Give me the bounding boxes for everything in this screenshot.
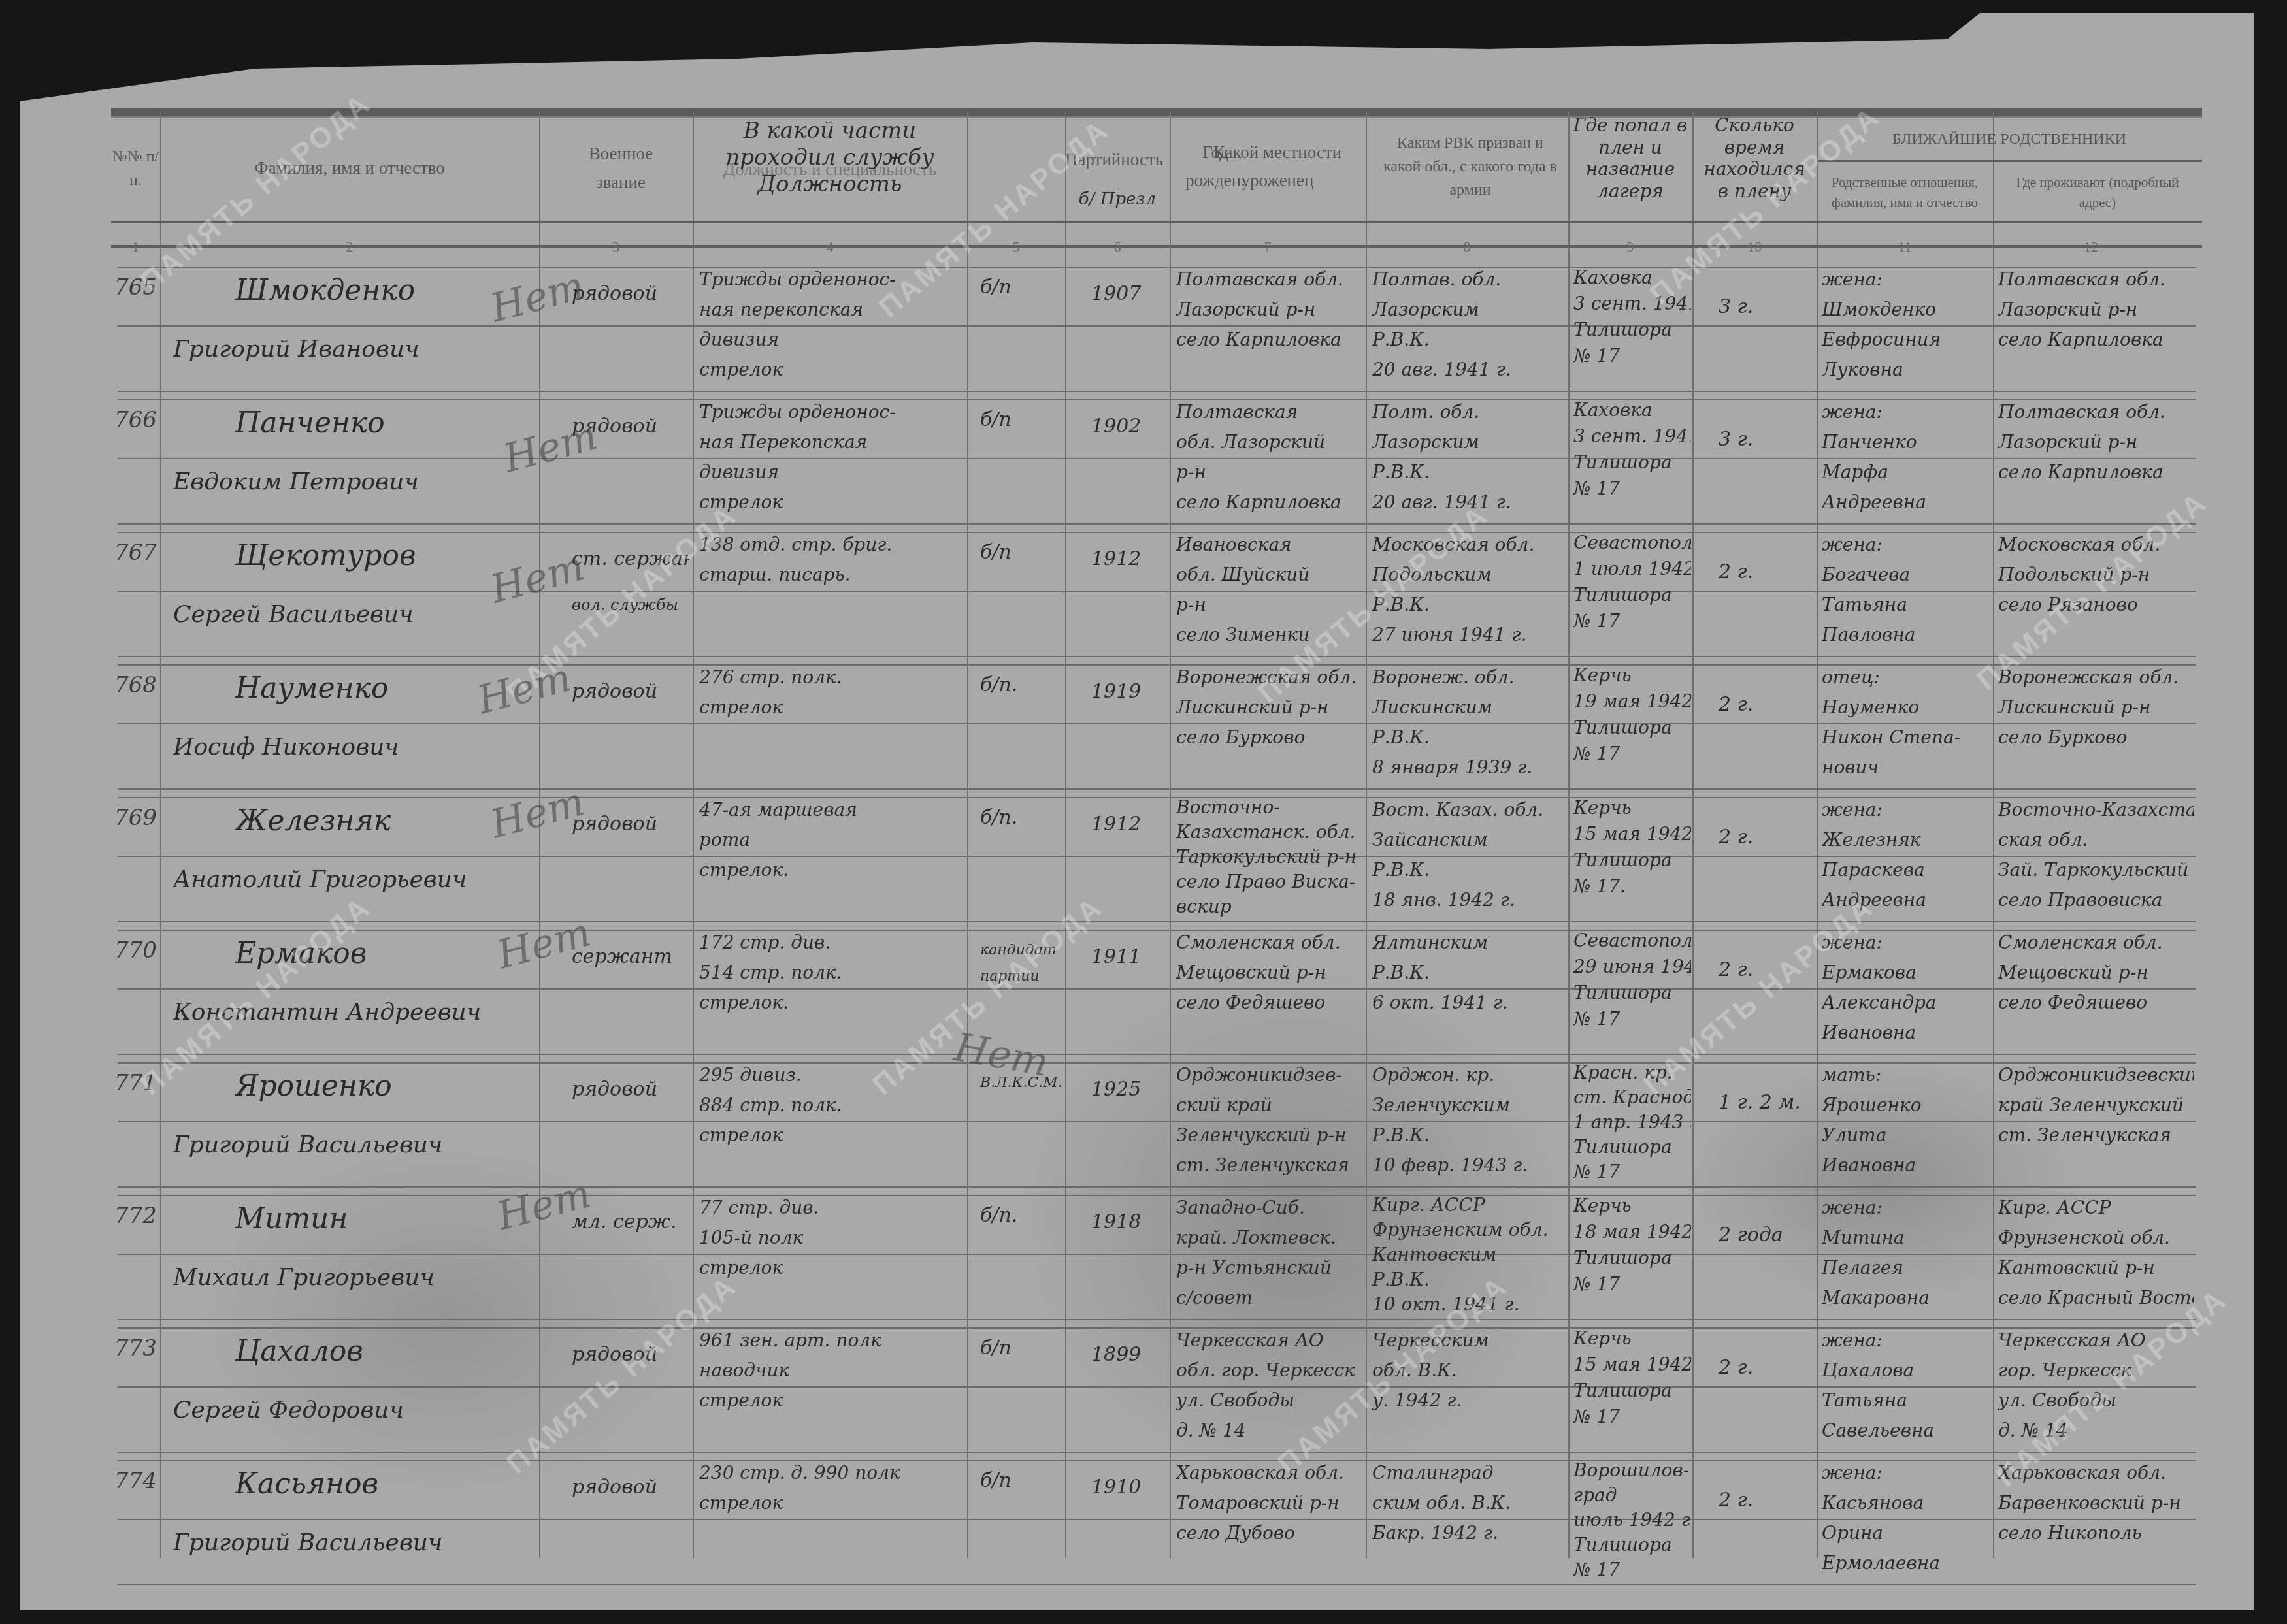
relative-name: Ермакова xyxy=(1822,958,1992,988)
relative-name: жена: xyxy=(1822,397,1992,427)
margin-annotation: Нет xyxy=(951,1024,1052,1086)
rvk-conscription: 20 авг. 1941 г. xyxy=(1372,355,1568,385)
birthplace: Мещовский р-н xyxy=(1176,958,1366,988)
birthplace: Томаровский р-н xyxy=(1176,1488,1366,1518)
surname: Панченко xyxy=(235,397,536,449)
birthplace: Черкесская АО xyxy=(1176,1325,1366,1356)
captured-place: № 17. xyxy=(1573,873,1691,900)
captured-place: № 17 xyxy=(1573,1557,1691,1582)
rvk-conscription: 18 янв. 1942 г. xyxy=(1372,885,1568,915)
relative-name: Параскева xyxy=(1822,855,1992,885)
birthplace: обл. Шуйский xyxy=(1176,560,1366,590)
birthplace: Лазорский р-н xyxy=(1176,295,1366,325)
rvk-conscription: Фрунзенским обл. xyxy=(1372,1218,1568,1242)
captured-place: Керчь xyxy=(1573,1325,1691,1352)
relative-address: Мещовский р-н xyxy=(1998,958,2194,988)
rvk-conscription: у. 1942 г. xyxy=(1372,1386,1568,1416)
captured-place: Тилишора xyxy=(1573,1533,1691,1557)
captured-place: Ворошилов- xyxy=(1573,1458,1691,1483)
relative-address: село Никополь xyxy=(1998,1518,2194,1548)
birth-year: 1902 xyxy=(1091,407,1166,446)
rvk-conscription: Полт. обл. xyxy=(1372,397,1568,427)
unit-position: стрелок. xyxy=(699,855,964,885)
row-number: 774 xyxy=(114,1461,160,1501)
unit-position: 138 отд. стр. бриг. xyxy=(699,530,964,560)
party-membership: б/п xyxy=(980,1335,1062,1361)
birthplace: Полтавская обл. xyxy=(1176,265,1366,295)
birthplace: Восточно- xyxy=(1176,795,1366,820)
relatives-group-rule xyxy=(1817,160,2202,162)
header-birthplace: Какой местности уроженец xyxy=(1196,124,1359,209)
birthplace: село Дубово xyxy=(1176,1518,1366,1548)
unit-position: 230 стр. д. 990 полк xyxy=(699,1458,964,1488)
captured-place: Керчь xyxy=(1573,662,1691,689)
unit-position: стрелок xyxy=(699,355,964,385)
column-divider xyxy=(693,111,694,1558)
unit-position: стрелок xyxy=(699,1253,964,1283)
row-number: 772 xyxy=(114,1196,160,1235)
unit-position: 105-й полк xyxy=(699,1223,964,1253)
birthplace: Зеленчукский р-н xyxy=(1176,1120,1366,1150)
relative-address: село Правовиска xyxy=(1998,885,2194,915)
relative-name: Богачева xyxy=(1822,560,1992,590)
party-membership: б/п. xyxy=(980,672,1062,698)
captured-place: Тилишора xyxy=(1573,715,1691,741)
party-membership: б/п xyxy=(980,1468,1062,1494)
party-membership: б/п. xyxy=(980,1203,1062,1229)
column-divider xyxy=(160,111,161,1558)
captured-place: № 17 xyxy=(1573,1404,1691,1430)
captivity-duration: 2 г. xyxy=(1719,553,1813,592)
party-membership: б/п xyxy=(980,407,1062,433)
column-number: 9 xyxy=(1568,238,1692,255)
relative-name: жена: xyxy=(1822,530,1992,560)
relative-address: Смоленская обл. xyxy=(1998,928,2194,958)
relative-name: Шмокденко xyxy=(1822,295,1992,325)
column-number: 1 xyxy=(111,238,160,255)
relative-name: Ермолаевна xyxy=(1822,1548,1992,1578)
birth-year: 1910 xyxy=(1091,1468,1166,1507)
column-number: 12 xyxy=(1993,238,2189,255)
row-number: 770 xyxy=(114,931,160,970)
captured-place: Тилишора xyxy=(1573,582,1691,608)
relative-name: Пелагея xyxy=(1822,1253,1992,1283)
relative-name: Марфа xyxy=(1822,457,1992,487)
surname: Касьянов xyxy=(235,1458,536,1510)
rvk-conscription: Р.В.К. xyxy=(1372,855,1568,885)
relative-address: Кирг. АССР xyxy=(1998,1193,2194,1223)
relative-name: Касьянова xyxy=(1822,1488,1992,1518)
captured-place: Керчь xyxy=(1573,795,1691,821)
rvk-conscription: 8 января 1939 г. xyxy=(1372,753,1568,783)
birth-year: 1925 xyxy=(1091,1070,1166,1109)
row-number: 766 xyxy=(114,400,160,440)
relative-address: ская обл. xyxy=(1998,825,2194,855)
rvk-conscription: Р.В.К. xyxy=(1372,723,1568,753)
rvk-conscription: Р.В.К. xyxy=(1372,1120,1568,1150)
birthplace: ский край xyxy=(1176,1090,1366,1120)
captured-place: Тилишора xyxy=(1573,317,1691,343)
captured-place: Севастополь xyxy=(1573,530,1691,556)
rvk-conscription: Кирг. АССР xyxy=(1372,1193,1568,1218)
captured-place: 19 мая 1942 г. xyxy=(1573,689,1691,715)
unit-position: 47-ая маршевая xyxy=(699,795,964,825)
relative-address: Орджоникидзевский xyxy=(1998,1060,2194,1090)
column-number: 7 xyxy=(1170,238,1366,255)
unit-position: дивизия xyxy=(699,457,964,487)
rvk-conscription: Р.В.К. xyxy=(1372,958,1568,988)
relative-name: жена: xyxy=(1822,265,1992,295)
relative-address: Барвенковский р-н xyxy=(1998,1488,2194,1518)
military-rank: рядовой xyxy=(572,672,689,711)
unit-position: стрелок xyxy=(699,1386,964,1416)
given-names: Сергей Федорович xyxy=(173,1384,539,1437)
header-military-rank: Военное звание xyxy=(582,118,660,219)
captured-place: 29 июня 1942 г. xyxy=(1573,954,1691,980)
captured-place: Тилишора xyxy=(1573,847,1691,873)
rvk-conscription: Кантовским xyxy=(1372,1242,1568,1267)
unit-position: ная перекопская xyxy=(699,295,964,325)
rvk-conscription: 6 окт. 1941 г. xyxy=(1372,988,1568,1018)
party-membership: б/п xyxy=(980,540,1062,566)
captivity-duration: 2 г. xyxy=(1719,1481,1813,1520)
relative-name: Науменко xyxy=(1822,692,1992,723)
unit-position: 961 зен. арт. полк xyxy=(699,1325,964,1356)
birthplace: село Карпиловка xyxy=(1176,325,1366,355)
unit-position: стрелок xyxy=(699,487,964,517)
row-rule xyxy=(118,656,2196,657)
birthplace: р-н Устьянский xyxy=(1176,1253,1366,1283)
relative-name: Митина xyxy=(1822,1223,1992,1253)
birthplace: обл. Лазорский xyxy=(1176,427,1366,457)
unit-position: рота xyxy=(699,825,964,855)
captivity-duration: 1 г. 2 м. xyxy=(1719,1083,1813,1122)
relative-name: Татьяна xyxy=(1822,590,1992,620)
captured-place: Каховка xyxy=(1573,397,1691,423)
captured-place: 1 июля 1942 г. xyxy=(1573,556,1691,582)
relative-address: Лазорский р-н xyxy=(1998,427,2194,457)
relative-address: Кантовский р-н xyxy=(1998,1253,2194,1283)
relative-name: Татьяна xyxy=(1822,1386,1992,1416)
birthplace: Западно-Сиб. xyxy=(1176,1193,1366,1223)
birth-year: 1911 xyxy=(1091,937,1166,977)
birthplace: село Право Виска- xyxy=(1176,869,1366,894)
birthplace: село Карпиловка xyxy=(1176,487,1366,517)
birthplace: р-н xyxy=(1176,457,1366,487)
row-rule xyxy=(118,523,2196,525)
relative-address: Лазорский р-н xyxy=(1998,295,2194,325)
captivity-duration: 2 г. xyxy=(1719,818,1813,857)
given-names: Григорий Васильевич xyxy=(173,1119,539,1171)
unit-position: 172 стр. див. xyxy=(699,928,964,958)
unit-position: 884 стр. полк. xyxy=(699,1090,964,1120)
captured-place: Керчь xyxy=(1573,1193,1691,1219)
relative-name: жена: xyxy=(1822,1458,1992,1488)
relative-name: Улита xyxy=(1822,1120,1992,1150)
row-number: 768 xyxy=(114,666,160,705)
captured-place: 15 мая 1942 г. xyxy=(1573,821,1691,847)
unit-position: наводчик xyxy=(699,1356,964,1386)
given-names: Иосиф Никонович xyxy=(173,721,539,773)
relative-address: Фрунзенской обл. xyxy=(1998,1223,2194,1253)
captivity-duration: 2 г. xyxy=(1719,1348,1813,1388)
birth-year: 1919 xyxy=(1091,672,1166,711)
column-divider xyxy=(1568,111,1570,1558)
military-rank: рядовой xyxy=(572,1070,689,1109)
captured-place: Тилишора xyxy=(1573,449,1691,476)
column-divider xyxy=(1817,111,1818,1558)
captured-place: град xyxy=(1573,1483,1691,1508)
birthplace: вскир xyxy=(1176,894,1366,919)
column-divider xyxy=(1170,111,1171,1558)
column-number: 8 xyxy=(1366,238,1568,255)
relative-name: отец: xyxy=(1822,662,1992,692)
birthplace: ст. Зеленчукская xyxy=(1176,1150,1366,1180)
given-names: Григорий Иванович xyxy=(173,323,539,376)
rvk-conscription: Зеленчукским xyxy=(1372,1090,1568,1120)
captivity-duration: 2 года xyxy=(1719,1216,1813,1255)
relative-name: Ярошенко xyxy=(1822,1090,1992,1120)
birthplace: Смоленская обл. xyxy=(1176,928,1366,958)
relative-name: Александра xyxy=(1822,988,1992,1018)
rvk-conscription: Лискинским xyxy=(1372,692,1568,723)
birthplace: край. Локтевск. xyxy=(1176,1223,1366,1253)
birth-year: 1912 xyxy=(1091,805,1166,844)
given-names: Михаил Григорьевич xyxy=(173,1252,539,1304)
unit-position: Трижды орденонос- xyxy=(699,397,964,427)
captivity-duration: 2 г. xyxy=(1719,685,1813,724)
relative-address: Воронежская обл. xyxy=(1998,662,2194,692)
row-number: 767 xyxy=(114,533,160,572)
header-party-handwritten: б/ Презл xyxy=(1065,189,1170,210)
column-number: 3 xyxy=(539,238,693,255)
military-rank: рядовой xyxy=(572,274,689,314)
relative-address: Лискинский р-н xyxy=(1998,692,2194,723)
surname: Ярошенко xyxy=(235,1060,536,1112)
rvk-conscription: Р.В.К. xyxy=(1372,457,1568,487)
relative-name: Луковна xyxy=(1822,355,1992,385)
birthplace: Казахстанск. обл. xyxy=(1176,820,1366,845)
party-membership: б/п. xyxy=(980,805,1062,831)
captured-place: июль 1942 г. xyxy=(1573,1508,1691,1533)
birthplace: село Федяшево xyxy=(1176,988,1366,1018)
relative-address: край Зеленчукский xyxy=(1998,1090,2194,1120)
military-rank: рядовой xyxy=(572,805,689,844)
captured-place: Севастополь xyxy=(1573,928,1691,954)
rvk-conscription: 27 июня 1941 г. xyxy=(1372,620,1568,650)
header-top-rule xyxy=(111,108,2202,118)
birthplace: Полтавская xyxy=(1176,397,1366,427)
column-number: 4 xyxy=(693,238,967,255)
relative-name: жена: xyxy=(1822,1193,1992,1223)
column-divider xyxy=(1065,111,1066,1558)
captured-place: № 17 xyxy=(1573,343,1691,369)
document-page: №№ п/п. Фамилия, имя и отчество Военное … xyxy=(20,13,2254,1610)
header-row-number: №№ п/п. xyxy=(111,118,160,219)
unit-position: 77 стр. див. xyxy=(699,1193,964,1223)
relative-address: село Федяшево xyxy=(1998,988,2194,1018)
surname: Цахалов xyxy=(235,1325,536,1378)
given-names: Евдоким Петрович xyxy=(173,456,539,508)
unit-position: ная Перекопская xyxy=(699,427,964,457)
captured-place: № 17 xyxy=(1573,1006,1691,1032)
relative-address: ст. Зеленчукская xyxy=(1998,1120,2194,1150)
column-divider xyxy=(967,111,968,1558)
row-rule xyxy=(118,1319,2196,1320)
rvk-conscription: Полтав. обл. xyxy=(1372,265,1568,295)
captured-place: № 17 xyxy=(1573,476,1691,502)
relative-name: Цахалова xyxy=(1822,1356,1992,1386)
captured-place: Тилишора xyxy=(1573,980,1691,1006)
header-rvk: Каким РВК призван и какой обл., с какого… xyxy=(1379,121,1562,212)
birth-year: 1918 xyxy=(1091,1203,1166,1242)
relative-name: Орина xyxy=(1822,1518,1992,1548)
unit-position: стрелок xyxy=(699,1488,964,1518)
relative-name: мать: xyxy=(1822,1060,1992,1090)
row-rule xyxy=(118,1186,2196,1188)
header-captured-handwritten: Где попал в плен и название лагеря xyxy=(1571,114,1689,202)
header-bottom-rule xyxy=(111,221,2202,223)
given-names: Григорий Васильевич xyxy=(173,1517,539,1569)
given-names: Сергей Васильевич xyxy=(173,589,539,641)
row-number: 769 xyxy=(114,798,160,837)
relative-name: Савельевна xyxy=(1822,1416,1992,1446)
column-number: 11 xyxy=(1817,238,1993,255)
relative-name: Андреевна xyxy=(1822,487,1992,517)
rvk-conscription: 10 февр. 1943 г. xyxy=(1372,1150,1568,1180)
party-membership: б/п xyxy=(980,274,1062,300)
column-divider xyxy=(1993,111,1994,1558)
surname: Митин xyxy=(235,1193,536,1245)
relative-name: Никон Степа- xyxy=(1822,723,1992,753)
row-rule xyxy=(118,1584,2196,1585)
unit-position: 276 стр. полк. xyxy=(699,662,964,692)
row-rule xyxy=(118,1054,2196,1055)
rvk-conscription: Орджон. кр. xyxy=(1372,1060,1568,1090)
column-divider xyxy=(1692,111,1694,1558)
captured-place: 15 мая 1942 г. xyxy=(1573,1352,1691,1378)
captured-place: Тилишора xyxy=(1573,1135,1691,1160)
relative-address: село Карпиловка xyxy=(1998,325,2194,355)
rvk-conscription: Бакр. 1942 г. xyxy=(1372,1518,1568,1548)
relative-name: Железняк xyxy=(1822,825,1992,855)
relative-name: жена: xyxy=(1822,795,1992,825)
military-rank: рядовой xyxy=(572,1468,689,1507)
birth-year: 1907 xyxy=(1091,274,1166,314)
birthplace: с/совет xyxy=(1176,1283,1366,1313)
row-rule xyxy=(118,921,2196,922)
rvk-conscription: Лазорским xyxy=(1372,427,1568,457)
unit-position: старш. писарь. xyxy=(699,560,964,590)
header-unit-handwritten: В какой части проходил службу Должность xyxy=(699,118,961,197)
relative-address: Восточно-Казахстан- xyxy=(1998,795,2194,825)
relative-name: Макаровна xyxy=(1822,1283,1992,1313)
birthplace: Орджоникидзев- xyxy=(1176,1060,1366,1090)
captivity-duration: 3 г. xyxy=(1719,287,1813,327)
birthplace: Ивановская xyxy=(1176,530,1366,560)
unit-position: стрелок xyxy=(699,692,964,723)
rvk-conscription: Ялтинским xyxy=(1372,928,1568,958)
rvk-conscription: Воронеж. обл. xyxy=(1372,662,1568,692)
rvk-conscription: ским обл. В.К. xyxy=(1372,1488,1568,1518)
header-address: Где проживают (подробный адрес) xyxy=(1999,167,2196,219)
rvk-conscription: Лазорским xyxy=(1372,295,1568,325)
relative-name: Ивановна xyxy=(1822,1018,1992,1048)
header-relative-name: Родственные отношения, фамилия, имя и от… xyxy=(1823,167,1986,219)
rvk-conscription: Вост. Казах. обл. xyxy=(1372,795,1568,825)
birthplace: Харьковская обл. xyxy=(1176,1458,1366,1488)
relative-address: село Карпиловка xyxy=(1998,457,2194,487)
relative-address: село Бурково xyxy=(1998,723,2194,753)
relative-address: Полтавская обл. xyxy=(1998,397,2194,427)
column-divider xyxy=(1366,111,1367,1558)
birthplace: село Бурково xyxy=(1176,723,1366,753)
captured-place: № 17 xyxy=(1573,1160,1691,1184)
birth-year: 1912 xyxy=(1091,540,1166,579)
captured-place: Тилишора xyxy=(1573,1378,1691,1404)
unit-position: 514 стр. полк. xyxy=(699,958,964,988)
relative-address: Зай. Таркокульский xyxy=(1998,855,2194,885)
relative-name: Евфросиния xyxy=(1822,325,1992,355)
rvk-conscription: Р.В.К. xyxy=(1372,325,1568,355)
row-rule xyxy=(118,1452,2196,1453)
column-number: 6 xyxy=(1065,238,1170,255)
captured-place: 1 апр. 1943 г. xyxy=(1573,1110,1691,1135)
relative-address: село Красный Восток xyxy=(1998,1283,2194,1313)
unit-position: стрелок xyxy=(699,1120,964,1150)
row-rule xyxy=(118,788,2196,790)
birth-year: 1899 xyxy=(1091,1335,1166,1374)
captured-place: Тилишора xyxy=(1573,1245,1691,1271)
relative-name: Панченко xyxy=(1822,427,1992,457)
relative-name: нович xyxy=(1822,753,1992,783)
row-rule xyxy=(118,391,2196,392)
unit-position: дивизия xyxy=(699,325,964,355)
birthplace: Таркокульский р-н xyxy=(1176,845,1366,869)
captured-place: 18 мая 1942 г. xyxy=(1573,1219,1691,1245)
captured-place: 3 сент. 1941 г. xyxy=(1573,423,1691,449)
relative-name: Павловна xyxy=(1822,620,1992,650)
captured-place: № 17 xyxy=(1573,1271,1691,1297)
captured-place: № 17 xyxy=(1573,608,1691,634)
relative-name: Ивановна xyxy=(1822,1150,1992,1180)
relative-name: жена: xyxy=(1822,1325,1992,1356)
rvk-conscription: Зайсанским xyxy=(1372,825,1568,855)
birthplace: обл. гор. Черкесск xyxy=(1176,1356,1366,1386)
unit-position: стрелок. xyxy=(699,988,964,1018)
row-number: 773 xyxy=(114,1329,160,1368)
captivity-duration: 3 г. xyxy=(1719,420,1813,459)
rvk-conscription: Сталинград xyxy=(1372,1458,1568,1488)
captured-place: № 17 xyxy=(1573,741,1691,767)
relative-address: Полтавская обл. xyxy=(1998,265,2194,295)
